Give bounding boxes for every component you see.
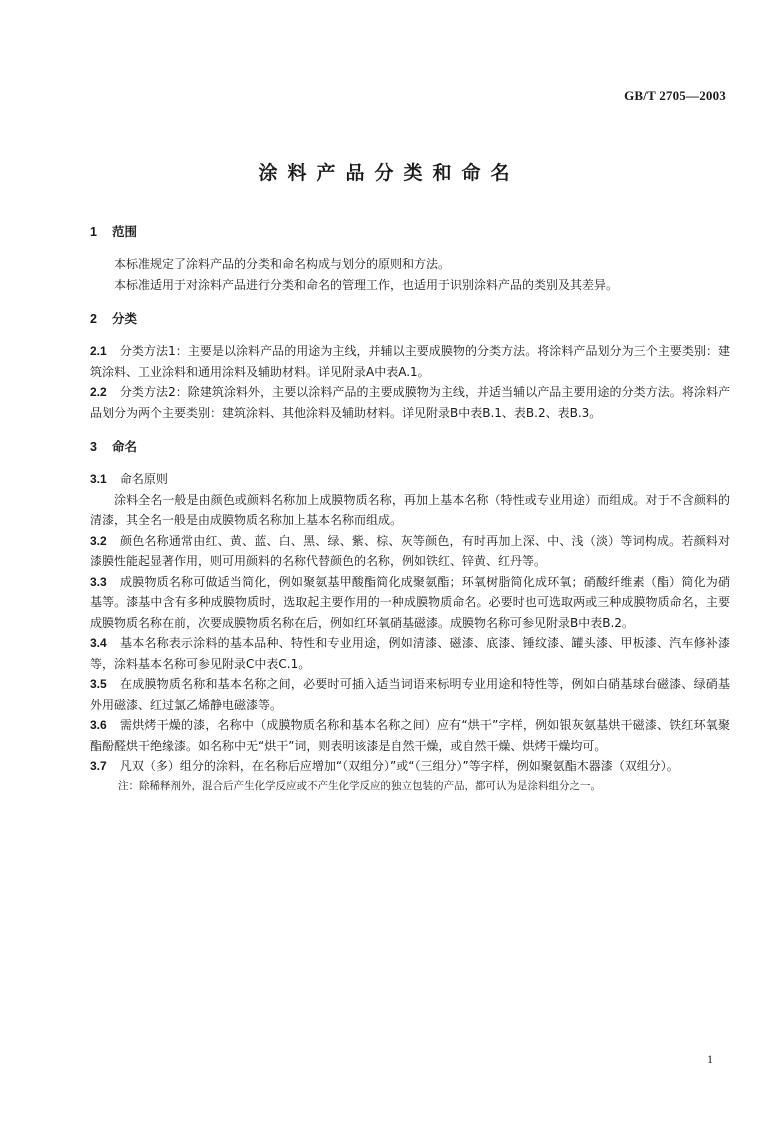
note: 注：除稀释剂外，混合后产生化学反应或不产生化学反应的独立包装的产品，都可认为是涂… xyxy=(90,777,730,795)
document-body: 1范围 本标准规定了涂料产品的分类和命名构成与划分的原则和方法。 本标准适用于对… xyxy=(90,222,730,795)
page-number: 1 xyxy=(707,1052,713,1067)
clause-3-7: 3.7 凡双（多）组分的涂料，在名称后应增加“（双组分）”或“（三组分）”等字样… xyxy=(90,756,730,777)
clause-3-1-heading: 3.1 命名原则 xyxy=(90,469,730,490)
clause-3-3: 3.3 成膜物质名称可做适当简化，例如聚氨基甲酸酯简化成聚氨酯；环氧树脂简化成环… xyxy=(90,572,730,634)
clause-3-1-body: 涂料全名一般是由颜色或颜料名称加上成膜物质名称，再加上基本名称（特性或专业用途）… xyxy=(90,490,730,531)
section-heading-naming: 3命名 xyxy=(90,437,730,457)
clause-2-2: 2.2 分类方法2：除建筑涂料外，主要以涂料产品的主要成膜物为主线，并适当辅以产… xyxy=(90,382,730,423)
section-heading-classification: 2分类 xyxy=(90,309,730,329)
scope-paragraph: 本标准规定了涂料产品的分类和命名构成与划分的原则和方法。 xyxy=(90,254,730,275)
clause-3-6: 3.6 需烘烤干燥的漆，名称中（成膜物质名称和基本名称之间）应有“烘干”字样，例… xyxy=(90,715,730,756)
clause-3-4: 3.4 基本名称表示涂料的基本品种、特性和专业用途，例如清漆、磁漆、底漆、锤纹漆… xyxy=(90,633,730,674)
clause-2-1: 2.1 分类方法1：主要是以涂料产品的用途为主线，并辅以主要成膜物的分类方法。将… xyxy=(90,341,730,382)
scope-paragraph: 本标准适用于对涂料产品进行分类和命名的管理工作，也适用于识别涂料产品的类别及其差… xyxy=(90,275,730,296)
section-heading-scope: 1范围 xyxy=(90,222,730,242)
document-title: 涂料产品分类和命名 xyxy=(0,158,778,185)
clause-3-5: 3.5 在成膜物质名称和基本名称之间，必要时可插入适当词语来标明专业用途和特性等… xyxy=(90,674,730,715)
clause-3-2: 3.2 颜色名称通常由红、黄、蓝、白、黑、绿、紫、棕、灰等颜色，有时再加上深、中… xyxy=(90,531,730,572)
standard-number: GB/T 2705—2003 xyxy=(624,88,726,104)
